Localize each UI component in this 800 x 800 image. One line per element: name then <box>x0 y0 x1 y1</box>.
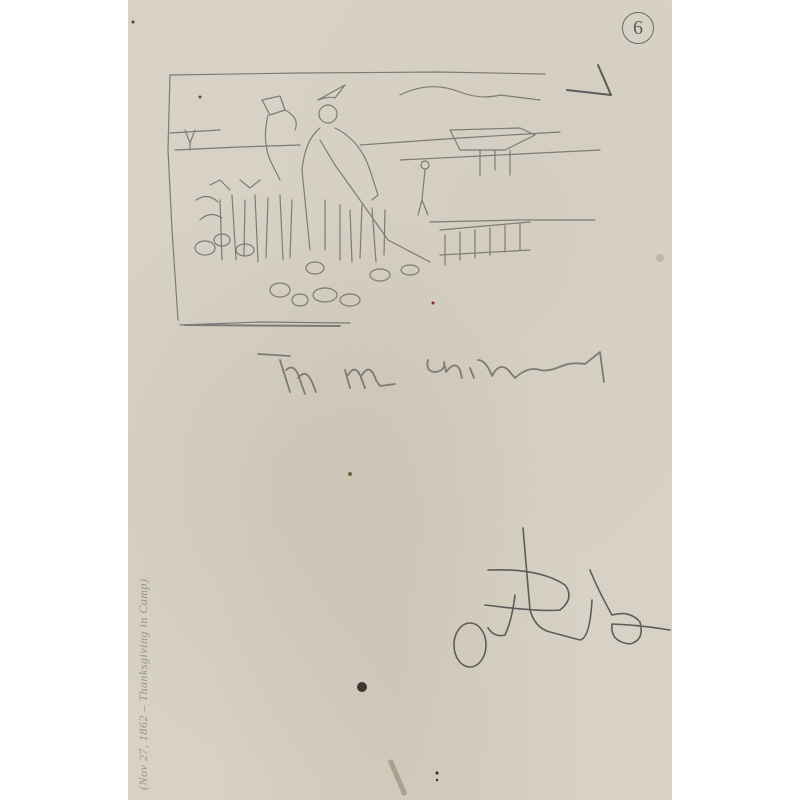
paper-stains <box>132 21 665 796</box>
scribble-bottom <box>454 528 670 667</box>
sketch-scene <box>168 72 600 326</box>
check-mark-icon <box>567 65 611 95</box>
pencil-drawing <box>0 0 800 800</box>
scribble-middle <box>258 352 604 394</box>
page-number-badge: 6 <box>622 12 654 44</box>
vertical-inscription: (Nov 27, 1862 – Thanksgiving in Camp) <box>136 579 151 791</box>
